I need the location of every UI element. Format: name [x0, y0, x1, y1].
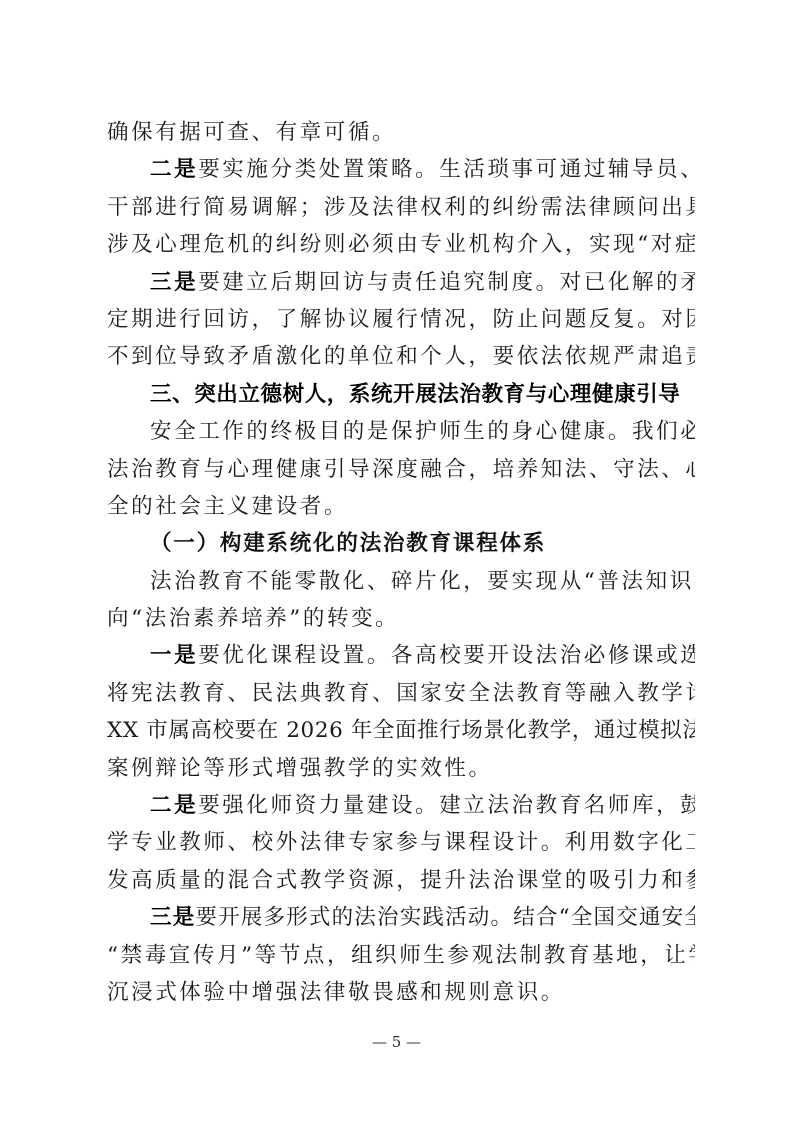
text-line: 一是要优化课程设置。各高校要开设法治必修课或选修课， [107, 637, 695, 674]
text-line: 将宪法教育、民法典教育、国家安全法教育等融入教学计划。 [107, 675, 695, 712]
text-line: 发高质量的混合式教学资源，提升法治课堂的吸引力和参与率。 [107, 862, 695, 899]
page-number: — 5 — [0, 1033, 793, 1051]
text-line: 法治教育不能零散化、碎片化，要实现从“普法知识教育” [107, 563, 695, 600]
paragraph-item-one: 一是要优化课程设置。各高校要开设法治必修课或选修课， 将宪法教育、民法典教育、国… [107, 637, 695, 787]
heading-text: （一）构建系统化的法治教育课程体系 [107, 525, 695, 562]
paragraph-item-two: 二是要实施分类处置策略。生活琐事可通过辅导员、学生 干部进行简易调解；涉及法律权… [107, 151, 695, 263]
text-line: 二是要强化师资力量建设。建立法治教育名师库，鼓励法 [107, 787, 695, 824]
text-line: 安全工作的终极目的是保护师生的身心健康。我们必须将 [107, 413, 695, 450]
subsection-heading: （一）构建系统化的法治教育课程体系 [107, 525, 695, 562]
document-body: 确保有据可查、有章可循。 二是要实施分类处置策略。生活琐事可通过辅导员、学生 干… [107, 114, 695, 1011]
text-line: XX 市属高校要在 2026 年全面推行场景化教学，通过模拟法庭、 [107, 712, 695, 749]
paragraph-item-two-b: 二是要强化师资力量建设。建立法治教育名师库，鼓励法 学专业教师、校外法律专家参与… [107, 787, 695, 899]
text-line: 不到位导致矛盾激化的单位和个人，要依法依规严肃追责。 [107, 338, 695, 375]
item-lead: 二是 [150, 793, 198, 818]
text-line: 全的社会主义建设者。 [107, 488, 695, 525]
text-line: 案例辩论等形式增强教学的实效性。 [107, 750, 695, 787]
heading-text: 三、突出立德树人，系统开展法治教育与心理健康引导 [107, 376, 695, 413]
text-line: 定期进行回访，了解协议履行情况，防止问题反复。对因工作 [107, 301, 695, 338]
paragraph-continuation: 确保有据可查、有章可循。 [107, 114, 695, 151]
text-line: 三是要建立后期回访与责任追究制度。对已化解的矛盾要 [107, 264, 695, 301]
text-line: 三是要开展多形式的法治实践活动。结合“全国交通安全日”、 [107, 899, 695, 936]
text-line: “禁毒宣传月”等节点，组织师生参观法制教育基地，让学生在 [107, 937, 695, 974]
document-page: 确保有据可查、有章可循。 二是要实施分类处置策略。生活琐事可通过辅导员、学生 干… [0, 0, 793, 1122]
paragraph-item-three-b: 三是要开展多形式的法治实践活动。结合“全国交通安全日”、 “禁毒宣传月”等节点，… [107, 899, 695, 1011]
paragraph-intro: 安全工作的终极目的是保护师生的身心健康。我们必须将 法治教育与心理健康引导深度融… [107, 413, 695, 525]
item-lead: 三是 [150, 905, 195, 930]
text-line: 法治教育与心理健康引导深度融合，培养知法、守法、心智健 [107, 451, 695, 488]
text-line: 沉浸式体验中增强法律敬畏感和规则意识。 [107, 974, 695, 1011]
text-line: 干部进行简易调解；涉及法律权利的纠纷需法律顾问出具意见； [107, 189, 695, 226]
item-lead: 二是 [150, 157, 198, 182]
text-line: 涉及心理危机的纠纷则必须由专业机构介入，实现“对症下药”。 [107, 226, 695, 263]
text-line: 学专业教师、校外法律专家参与课程设计。利用数字化工具开 [107, 824, 695, 861]
paragraph-item-three: 三是要建立后期回访与责任追究制度。对已化解的矛盾要 定期进行回访，了解协议履行情… [107, 264, 695, 376]
text-line: 向“法治素养培养”的转变。 [107, 600, 695, 637]
item-lead: 一是 [150, 643, 198, 668]
section-heading: 三、突出立德树人，系统开展法治教育与心理健康引导 [107, 376, 695, 413]
item-lead: 三是 [150, 270, 198, 295]
text-line: 确保有据可查、有章可循。 [107, 114, 695, 151]
text-line: 二是要实施分类处置策略。生活琐事可通过辅导员、学生 [107, 151, 695, 188]
paragraph-body: 法治教育不能零散化、碎片化，要实现从“普法知识教育” 向“法治素养培养”的转变。 [107, 563, 695, 638]
